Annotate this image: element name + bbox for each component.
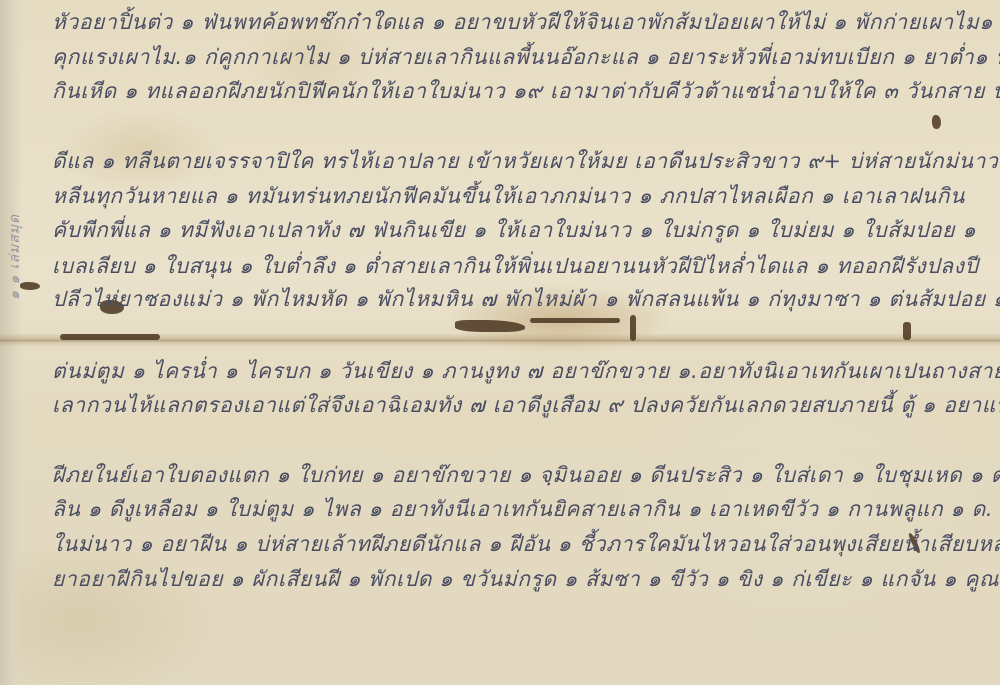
text-line-7: เบลเลียบ ๑ ใบสนุน ๑ ใบต่ำลึง ๑ ต่ำสายเลา… — [52, 250, 978, 283]
ink-blot — [60, 334, 160, 340]
manuscript-page: ๑ ๑ เล่มสมุด หัวอยาปิ้นต่ว ๑ ฟ่นพทค้อพทช… — [0, 0, 1000, 685]
ink-blot — [903, 322, 911, 340]
text-line-2: คุกแรงเผาไม.๑ ก่คูกกาเผาไม ๑ บ่ห่สายเลาก… — [52, 41, 1000, 74]
text-line-12: ลิน ๑ ดีงูเหลือม ๑ ใบม่ตูม ๑ ไพล ๑ อยาทั… — [52, 493, 993, 526]
margin-annotation: ๑ ๑ เล่มสมุด — [4, 120, 24, 300]
text-line-6: คับพีกพี่แล ๑ ทมีฟังเอาเปลาทัง ๗ ฟ่นกินเ… — [52, 214, 976, 247]
ink-blot — [630, 315, 636, 341]
ink-blot — [20, 282, 40, 290]
text-line-14: ยาอยาฝีกินไปขอย ๑ ผักเสียนฝี ๑ พักเปด ๑ … — [52, 563, 999, 596]
text-line-13: ในม่นาว ๑ อยาฝีน ๑ บ่ห่สายเล้าทฝีภยดีนัก… — [52, 528, 1000, 561]
text-line-3: กินเหีด ๑ ทแลออกฝีภยนักปิฟีคนักให้เอาใบม… — [52, 75, 1000, 108]
text-line-10: เลากวนไห้แลกตรองเอาแต่ใส่จึงเอาฉิเอมทัง … — [52, 389, 1000, 422]
text-line-11: ฝีภยในย์เอาใบตองแตก ๑ ใบก่ทย ๑ อยาข๊กขวา… — [52, 459, 1000, 492]
text-line-9: ต่นม่ตูม ๑ ไครน่ำ ๑ ไครบก ๑ วันเขียง ๑ ภ… — [52, 355, 1000, 388]
text-line-1: หัวอยาปิ้นต่ว ๑ ฟ่นพทค้อพทช๊กก๋าใดแล ๑ อ… — [52, 6, 1000, 39]
text-line-5: หลีนทุกวันหายแล ๑ ทมันทร่นทภยนักฟีคมันขึ… — [52, 180, 965, 213]
text-line-8: ปลีวไห่ยาซองแม่ว ๑ พักไหมหัด ๑ พักไหมหิน… — [52, 283, 1000, 316]
text-line-4: ดีแล ๑ ทลีนตายเจรรจาปิใค ทรไห้เอาปลาย เข… — [52, 145, 998, 178]
ink-blot — [455, 320, 525, 332]
ink-blot — [530, 318, 620, 323]
ink-blot — [932, 115, 941, 129]
